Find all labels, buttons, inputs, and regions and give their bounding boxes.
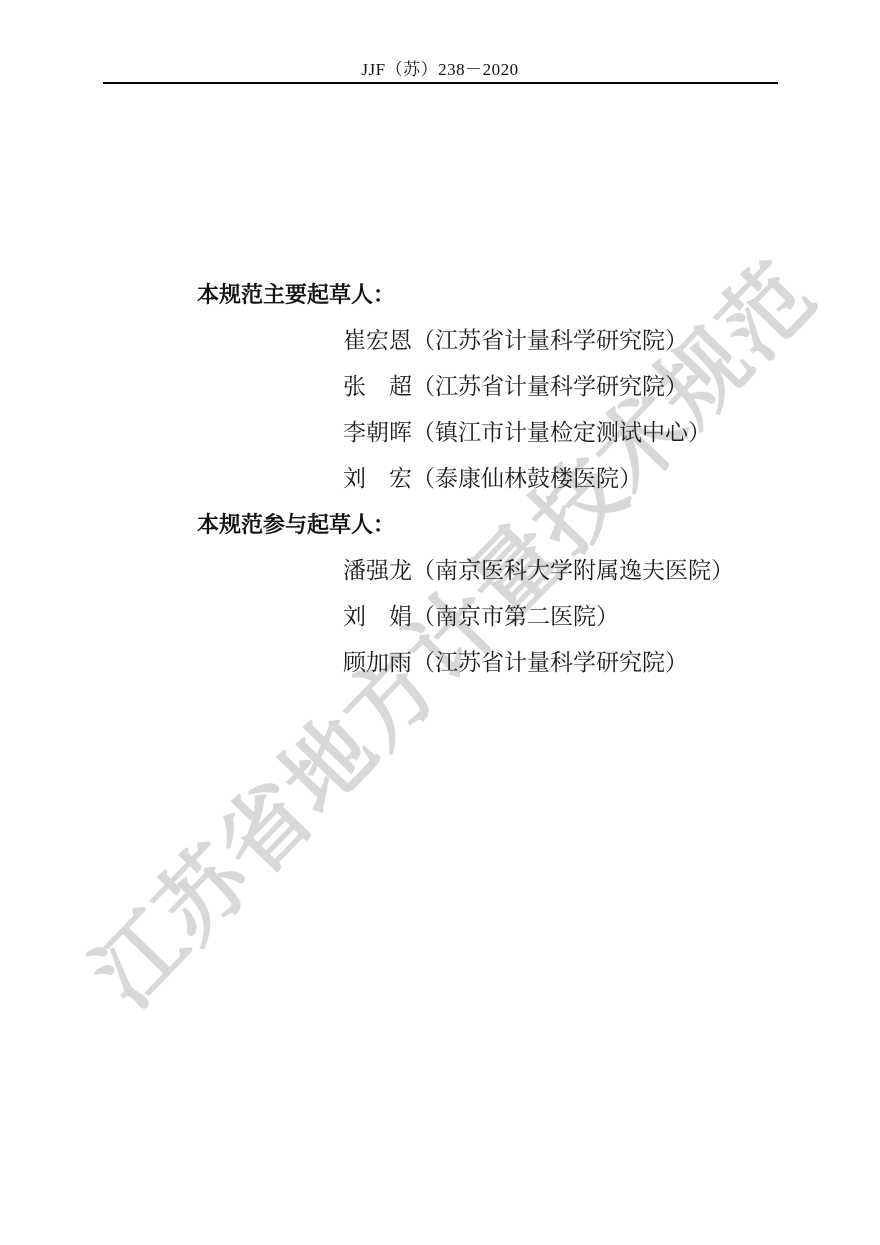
drafter-line: 张 超（江苏省计量科学研究院） xyxy=(343,364,787,410)
header-rule xyxy=(103,82,778,84)
drafter-line: 李朝晖（镇江市计量检定测试中心） xyxy=(343,410,787,456)
drafter-line: 刘 宏（泰康仙林鼓楼医院） xyxy=(343,456,787,502)
section-main-drafters: 本规范主要起草人： 崔宏恩（江苏省计量科学研究院） 张 超（江苏省计量科学研究院… xyxy=(197,272,787,502)
section-heading-participating-drafters: 本规范参与起草人： xyxy=(197,502,787,548)
header-doc-number: JJF（苏）238－2020 xyxy=(0,60,880,80)
document-body: 本规范主要起草人： 崔宏恩（江苏省计量科学研究院） 张 超（江苏省计量科学研究院… xyxy=(197,272,787,686)
drafter-line: 刘 娟（南京市第二医院） xyxy=(343,594,787,640)
page-header: JJF（苏）238－2020 xyxy=(0,60,880,80)
document-page: JJF（苏）238－2020 江苏省地方计量技术规范 本规范主要起草人： 崔宏恩… xyxy=(0,0,880,1245)
drafter-line: 顾加雨（江苏省计量科学研究院） xyxy=(343,640,787,686)
section-participating-drafters: 本规范参与起草人： 潘强龙（南京医科大学附属逸夫医院） 刘 娟（南京市第二医院）… xyxy=(197,502,787,686)
section-heading-main-drafters: 本规范主要起草人： xyxy=(197,272,787,318)
drafter-line: 崔宏恩（江苏省计量科学研究院） xyxy=(343,318,787,364)
drafter-line: 潘强龙（南京医科大学附属逸夫医院） xyxy=(343,548,787,594)
